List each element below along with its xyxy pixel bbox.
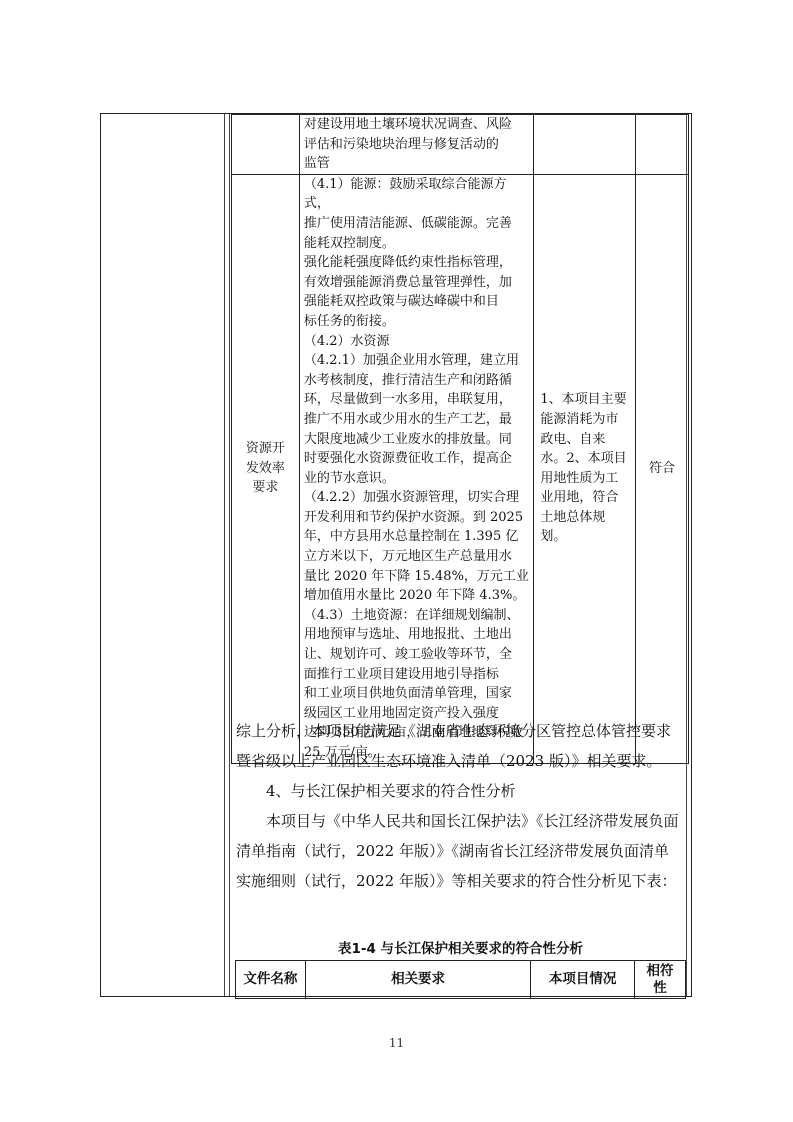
requirement-line: 增加值用水量比 2020 年下降 4.3%。 (304, 586, 529, 606)
table-1-4-header: 文件名称 相关要求 本项目情况 相符性 (235, 960, 686, 999)
requirement-line: 水考核制度，推行清洁生产和闭路循 (304, 371, 529, 391)
requirement-line: 立方米以下，万元地区生产总量用水 (304, 547, 529, 567)
category-cell: 资源开发效率要求 (232, 174, 300, 763)
page-number: 11 (0, 1036, 793, 1050)
requirement-line: 年，中方县用水总量控制在 1.395 亿 (304, 527, 529, 547)
requirement-line: （4.2.2）加强水资源管理，切实合理 (304, 488, 529, 508)
requirement-line: 标任务的衔接。 (304, 312, 529, 332)
requirement-cell: （4.1）能源：鼓励采取综合能源方式，推广使用清洁能源、低碳能源。完善能耗双控制… (299, 174, 533, 763)
project-status-cell (534, 115, 636, 175)
requirement-line: 评估和污染地块治理与修复活动的 (304, 135, 529, 155)
outer-left-column (101, 114, 225, 996)
header-requirements: 相关要求 (305, 961, 530, 999)
requirement-line: 让、规划许可、竣工验收等环节，全 (304, 645, 529, 665)
requirement-line: （4.1）能源：鼓励采取综合能源方式， (304, 175, 529, 214)
requirement-cell: 对建设用地土壤环境状况调查、风险 评估和污染地块治理与修复活动的 监管 (299, 115, 533, 175)
table-row: 资源开发效率要求 （4.1）能源：鼓励采取综合能源方式，推广使用清洁能源、低碳能… (232, 174, 689, 763)
requirement-line: （4.2.1）加强企业用水管理，建立用 (304, 351, 529, 371)
project-status-cell: 1、本项目主要能源消耗为市政电、自来水。2、本项目用地性质为工业用地，符合土地总… (534, 174, 636, 763)
requirement-line: 推广不用水或少用水的生产工艺，最 (304, 410, 529, 430)
requirement-line: 对建设用地土壤环境状况调查、风险 (304, 115, 529, 135)
header-compliance: 相符性 (635, 961, 686, 999)
requirement-line: 有效增强能源消费总量管理弹性，加 (304, 273, 529, 293)
category-cell (232, 115, 300, 175)
requirement-line: 用地预审与选址、用地报批、土地出 (304, 625, 529, 645)
table-header-row: 文件名称 相关要求 本项目情况 相符性 (236, 961, 686, 999)
requirement-line: 监管 (304, 154, 529, 174)
header-project-status: 本项目情况 (531, 961, 635, 999)
requirement-line: 强能耗双控政策与碳达峰碳中和目 (304, 292, 529, 312)
requirement-line: 开发利用和节约保护水资源。到 2025 (304, 508, 529, 528)
section-paragraph: 本项目与《中华人民共和国长江保护法》《长江经济带发展负面清单指南（试行，2022… (236, 806, 681, 896)
requirement-line: 能耗双控制度。 (304, 234, 529, 254)
requirement-line: 和工业项目供地负面清单管理，国家 (304, 684, 529, 704)
section-heading: 4、与长江保护相关要求的符合性分析 (236, 776, 681, 806)
requirement-line: 推广使用清洁能源、低碳能源。完善 (304, 214, 529, 234)
requirement-line: 环，尽量做到一水多用，串联复用， (304, 390, 529, 410)
conclusion-paragraph: 综上分析，本项目能满足《湖南省生态环境分区管控总体管控要求暨省级以上产业园区生态… (236, 716, 681, 776)
page-frame: 对建设用地土壤环境状况调查、风险 评估和污染地块治理与修复活动的 监管 资源开发… (100, 113, 692, 997)
table-caption: 表1-4 与长江保护相关要求的符合性分析 (230, 937, 691, 957)
requirement-line: （4.3）土地资源：在详细规划编制、 (304, 606, 529, 626)
requirement-line: 业的节水意识。 (304, 469, 529, 489)
requirement-line: 时要强化水资源费征收工作，提高企 (304, 449, 529, 469)
requirement-line: 量比 2020 年下降 15.48%，万元工业 (304, 567, 529, 587)
outer-content-column: 对建设用地土壤环境状况调查、风险 评估和污染地块治理与修复活动的 监管 资源开发… (229, 114, 691, 996)
requirement-line: 面推行工业项目建设用地引导指标 (304, 665, 529, 685)
compliance-cell: 符合 (636, 174, 689, 763)
requirement-line: 强化能耗强度降低约束性指标管理， (304, 253, 529, 273)
requirement-line: 大限度地减少工业废水的排放量。同 (304, 430, 529, 450)
compliance-cell (636, 115, 689, 175)
requirements-table-continued: 对建设用地土壤环境状况调查、风险 评估和污染地块治理与修复活动的 监管 资源开发… (231, 114, 689, 764)
table-row: 对建设用地土壤环境状况调查、风险 评估和污染地块治理与修复活动的 监管 (232, 115, 689, 175)
requirement-line: （4.2）水资源 (304, 332, 529, 352)
header-file-name: 文件名称 (236, 961, 306, 999)
